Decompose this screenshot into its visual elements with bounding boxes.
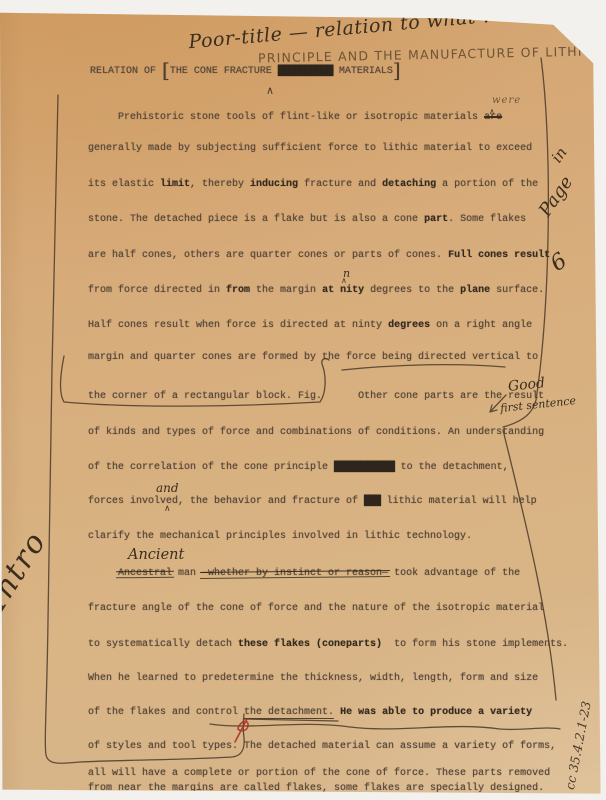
handwritten-margin-in: in: [548, 144, 571, 166]
handwritten-and-insertion: and: [156, 481, 179, 495]
handwritten-ancient-correction: Ancient: [128, 547, 184, 563]
typed-line: the corner of a rectangular block. Fig. …: [88, 391, 544, 403]
detachment-underline: [244, 719, 338, 721]
typed-line: RELATION OF [THE CONE FRACTURE █████████…: [90, 64, 401, 78]
typed-line: to systematically detach these flakes (c…: [88, 639, 568, 651]
typed-line: Half cones result when force is directed…: [88, 320, 532, 332]
insertion-caret-title: ∧: [266, 84, 274, 97]
typed-line: all will have a complete or portion of t…: [88, 768, 550, 780]
handwritten-title-insertion: PRINCIPLE AND THE MANUFACTURE OF LITHIC: [258, 43, 593, 65]
red-paragraph-mark: [235, 719, 248, 742]
typed-line: clarify the mechanical principles involv…: [88, 531, 472, 543]
other-cone-parts-overline: [342, 365, 505, 370]
typed-line: When he learned to predetermine the thic…: [88, 673, 538, 685]
insertion-caret-and: ∧: [164, 504, 171, 514]
typed-line: Prehistoric stone tools of flint-like or…: [118, 112, 502, 124]
typed-line: fracture angle of the cone of force and …: [88, 603, 544, 615]
handwritten-margin-page: Page: [535, 172, 578, 220]
wavy-underline: [210, 724, 560, 729]
handwritten-margin-page-number: 6: [546, 248, 572, 277]
typed-line: of the flakes and control the detachment…: [88, 707, 532, 719]
insertion-caret-n: ∧: [341, 276, 347, 285]
scanned-document: RELATION OF [THE CONE FRACTURE █████████…: [0, 0, 606, 800]
insertion-caret-were: ∧: [489, 107, 495, 116]
typed-line: of styles and tool types. The detached m…: [88, 741, 556, 753]
typed-line: forces involved, the behavior and fractu…: [88, 496, 537, 508]
right-margin-upper-curve: [503, 58, 548, 427]
typed-line: of the correlation of the cone principle…: [88, 462, 509, 474]
typed-line: are half cones, others are quarter cones…: [88, 250, 550, 262]
typed-line: from near the margins are called flakes,…: [88, 783, 544, 795]
handwritten-were-correction: were: [492, 95, 521, 106]
manuscript-page: RELATION OF [THE CONE FRACTURE █████████…: [0, 0, 606, 800]
typed-line: margin and quarter cones are formed by t…: [88, 352, 538, 364]
typed-line: of kinds and types of force and combinat…: [88, 427, 544, 439]
typed-line: generally made by subjecting sufficient …: [88, 143, 532, 155]
handwritten-catalog-number: cc 35.4.2.1-23: [562, 700, 594, 791]
typed-line: from force directed in from the margin a…: [88, 285, 544, 297]
handwritten-margin-intro: Intro: [0, 525, 54, 616]
typed-line: its elastic limit, thereby inducing frac…: [88, 179, 538, 191]
typed-line: Ancestral man —whether by instinct or re…: [118, 568, 520, 580]
typed-line: stone. The detached piece is a flake but…: [88, 214, 526, 226]
right-margin-lower-curve: [503, 430, 556, 700]
